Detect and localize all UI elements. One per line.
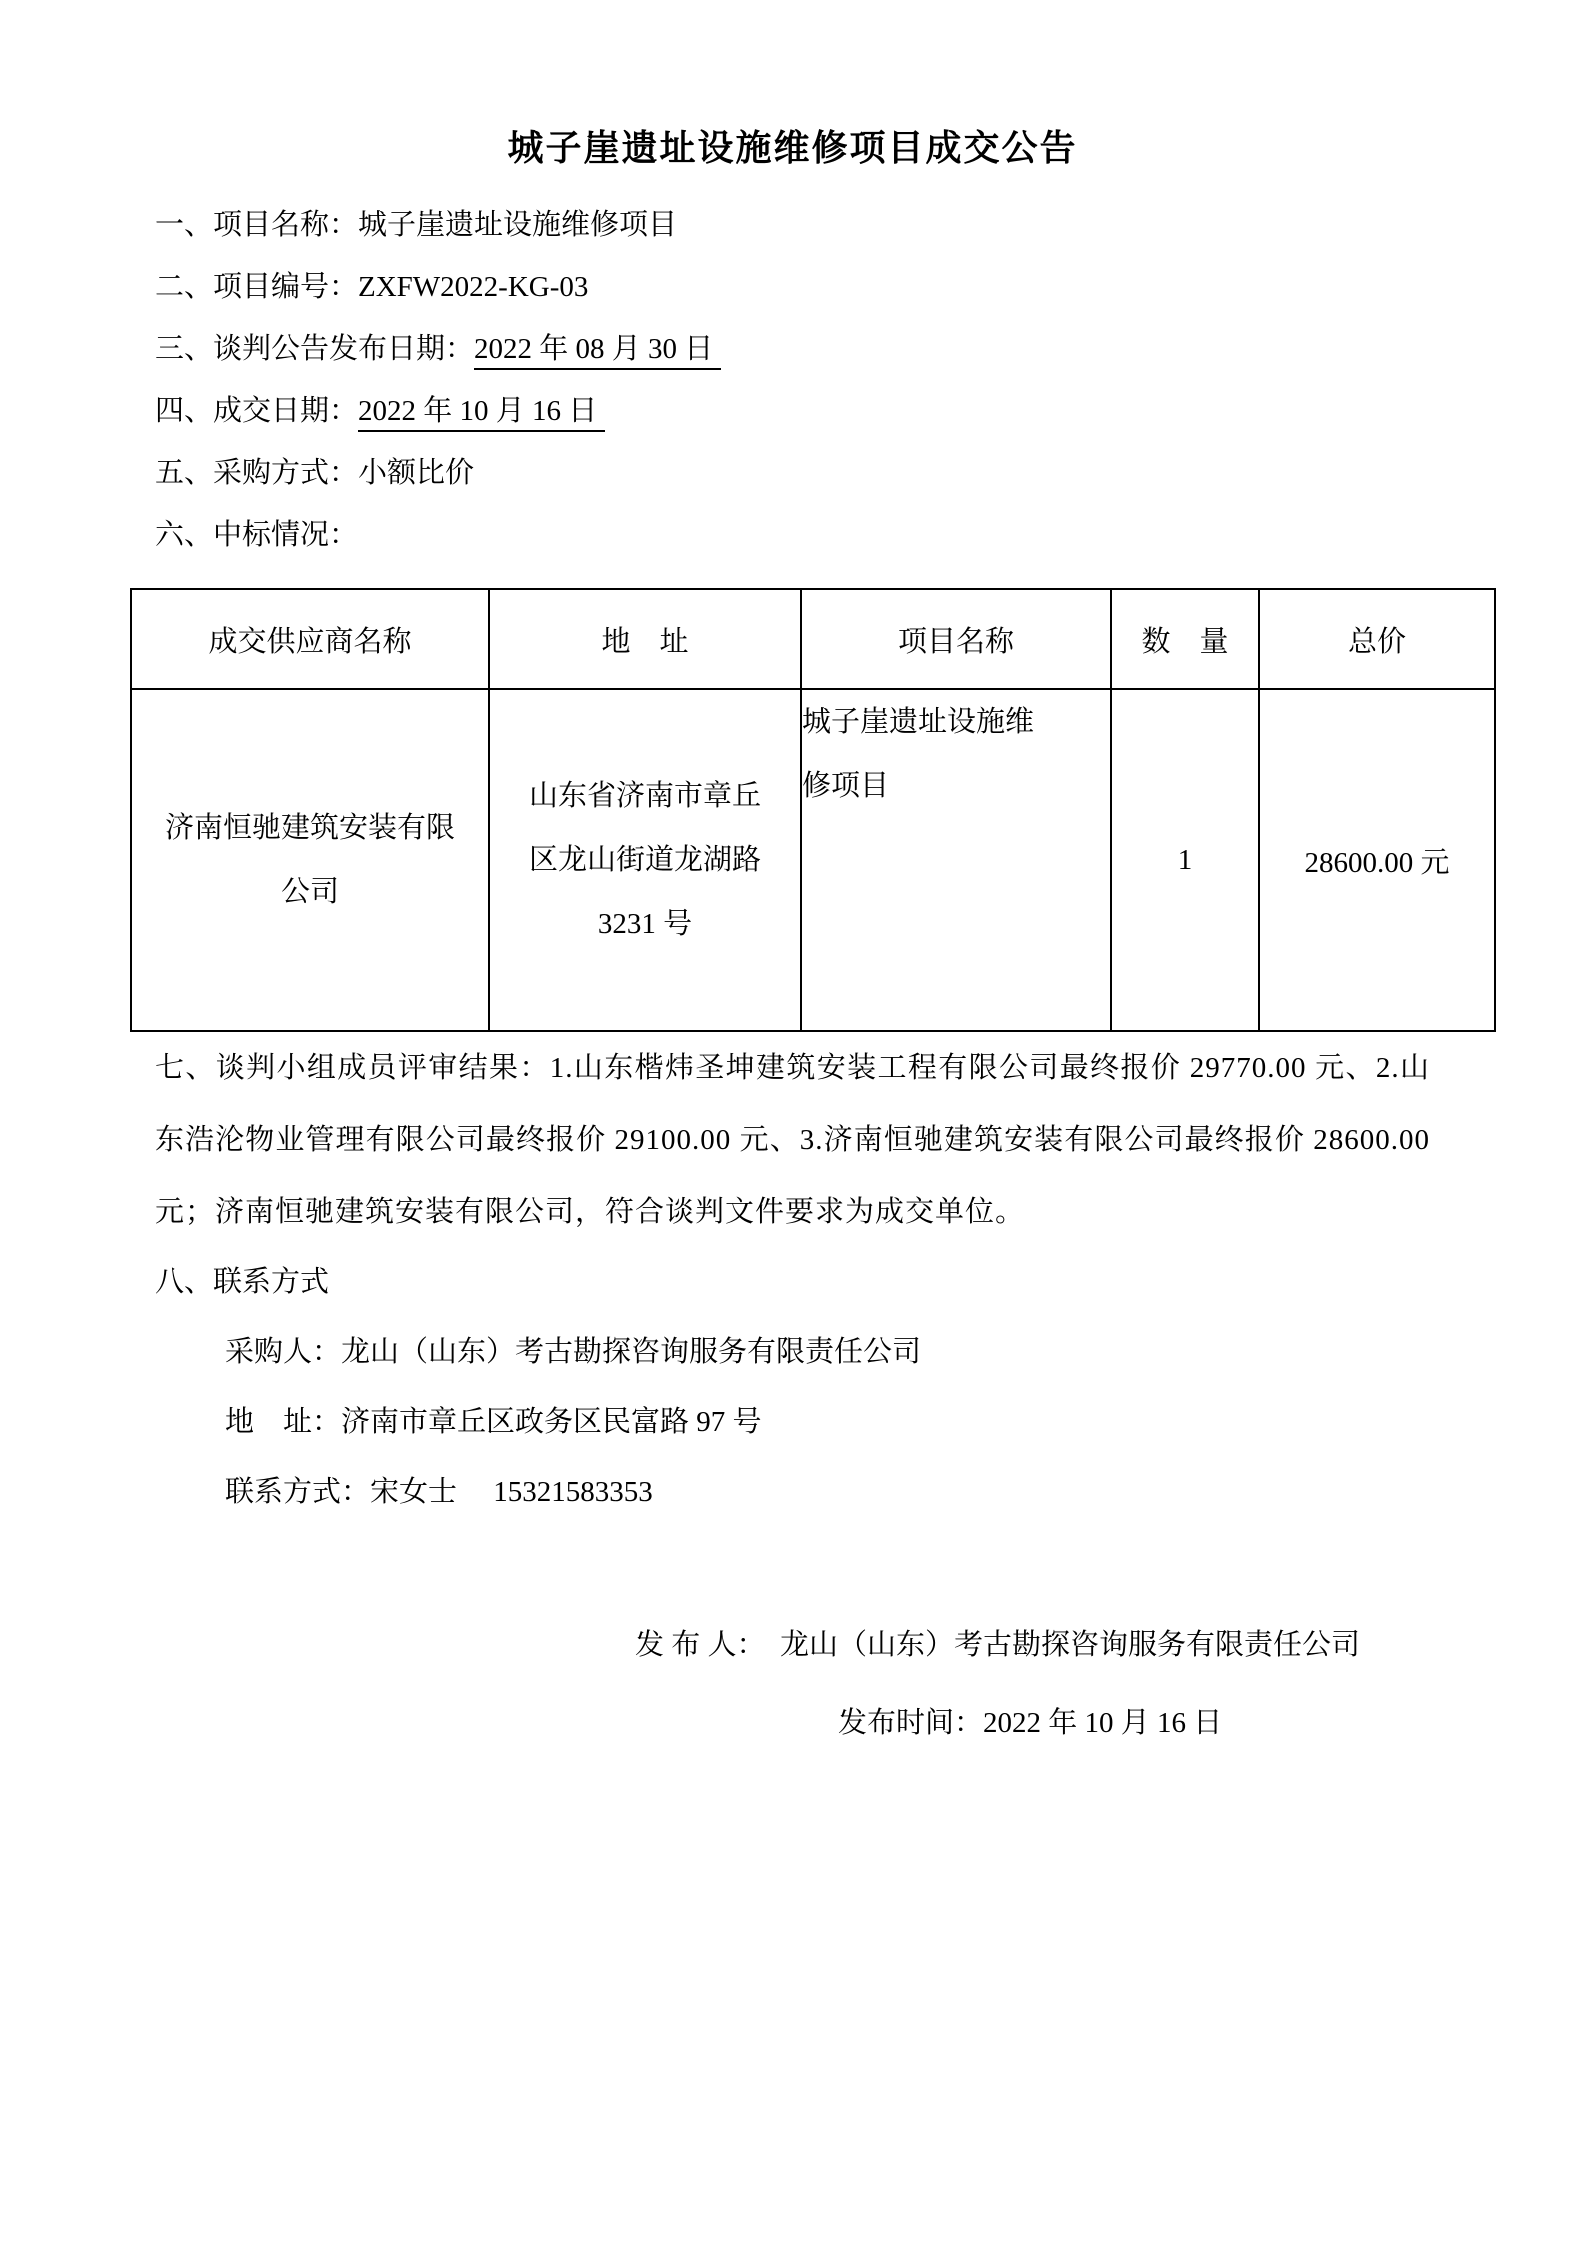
table-header-row: 成交供应商名称 地 址 项目名称 数 量 总价 [131,589,1495,689]
col-header-total-price: 总价 [1259,589,1495,689]
purchaser-line: 采购人：龙山（山东）考古勘探咨询服务有限责任公司 [225,1333,1430,1371]
announcement-date-underlined: 2022 年 08 月 30 日 [474,333,721,370]
list-item-announcement-date: 三、谈判公告发布日期：2022 年 08 月 30 日 [155,330,1430,368]
purchaser-address-line: 地 址：济南市章丘区政务区民富路 97 号 [225,1403,1430,1441]
col-header-project-name: 项目名称 [801,589,1111,689]
cell-total-price: 28600.00 元 [1259,689,1495,1031]
deal-date-underlined: 2022 年 10 月 16 日 [358,395,605,432]
cell-address: 山东省济南市章丘区龙山街道龙湖路3231 号 [489,689,801,1031]
list-item-deal-date: 四、成交日期：2022 年 10 月 16 日 [155,392,1430,430]
cell-project-name: 城子崖遗址设施维修项目 [801,689,1111,1031]
col-header-quantity: 数 量 [1111,589,1259,689]
deal-date-prefix: 四、成交日期： [155,395,358,427]
page-title: 城子崖遗址设施维修项目成交公告 [155,126,1430,170]
publisher-line: 发 布 人： 龙山（山东）考古勘探咨询服务有限责任公司 [635,1626,1430,1664]
document-page: 城子崖遗址设施维修项目成交公告 一、项目名称：城子崖遗址设施维修项目 二、项目编… [0,0,1587,2245]
publish-date-line: 发布时间：2022 年 10 月 16 日 [838,1704,1430,1742]
cell-quantity: 1 [1111,689,1259,1031]
list-item-project-name: 一、项目名称：城子崖遗址设施维修项目 [155,206,1430,244]
list-item-procurement-method: 五、采购方式：小额比价 [155,454,1430,492]
table-row: 济南恒驰建筑安装有限公司 山东省济南市章丘区龙山街道龙湖路3231 号 城子崖遗… [131,689,1495,1031]
list-item-award-status: 六、中标情况： [155,516,1430,554]
cell-supplier: 济南恒驰建筑安装有限公司 [131,689,489,1031]
announcement-date-prefix: 三、谈判公告发布日期： [155,333,474,365]
contact-phone-line: 联系方式：宋女士 15321583353 [225,1473,1430,1511]
award-table: 成交供应商名称 地 址 项目名称 数 量 总价 济南恒驰建筑安装有限公司 山东省… [130,588,1496,1032]
col-header-supplier: 成交供应商名称 [131,589,489,689]
contact-section-heading: 八、联系方式 [155,1263,1430,1301]
review-result-paragraph: 七、谈判小组成员评审结果：1.山东楷炜圣坤建筑安装工程有限公司最终报价 2977… [155,1032,1430,1248]
list-item-project-number: 二、项目编号：ZXFW2022-KG-03 [155,268,1430,306]
info-list: 一、项目名称：城子崖遗址设施维修项目 二、项目编号：ZXFW2022-KG-03… [155,206,1430,554]
col-header-address: 地 址 [489,589,801,689]
